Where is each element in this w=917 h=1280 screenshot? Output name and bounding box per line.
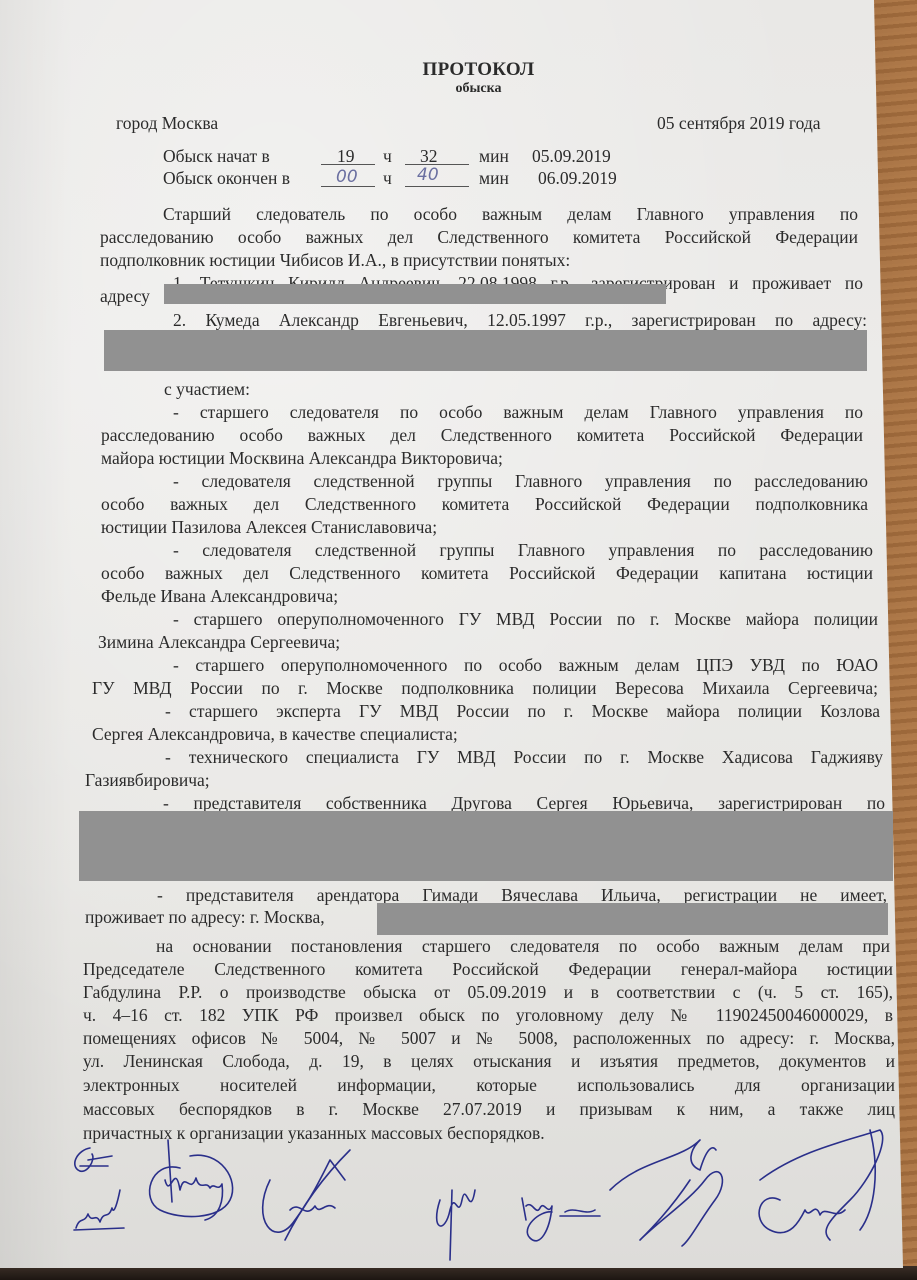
participant-line: расследованию особо важных дел Следствен… [101,424,863,446]
participant-line: Фельде Ивана Александровича; [101,585,338,607]
search-start-label: Обыск начат в [163,145,270,167]
participant-line: особо важных дел Следственного комитета … [101,562,873,584]
signature-icon [74,1148,124,1230]
hours-unit: ч [383,167,392,189]
signature-icon [522,1198,600,1241]
body-line: адресу [100,285,150,307]
participant-line: - старшего следователя по особо важным д… [173,401,863,423]
redacted-address [164,284,666,304]
basis-line: Габдулина Р.Р. о производстве обыска от … [83,981,893,1003]
redacted-address [104,330,867,371]
basis-line: электронных носителей информации, которы… [83,1074,895,1096]
participant-line: Сергея Александровича, в качестве специа… [92,723,458,745]
search-end-date: 06.09.2019 [538,167,617,189]
signature-icon [759,1130,883,1240]
witness-2: 2. Кумеда Александр Евгеньевич, 12.05.19… [173,309,867,331]
hours-unit: ч [383,145,392,167]
hours-underline [321,186,375,187]
redacted-address [79,811,893,881]
basis-line: ч. 4–16 ст. 182 УПК РФ произвел обыск по… [83,1004,893,1026]
basis-line: на основании постановления старшего след… [156,935,890,957]
signatures-area [0,1120,917,1270]
participant-line: - следователя следственной группы Главно… [173,539,873,561]
document-subtitle: обыска [0,78,917,100]
redacted-address [377,903,888,935]
participant-line: Зимина Александра Сергеевича; [98,631,340,653]
search-start-date: 05.09.2019 [532,145,611,167]
signature-icon [263,1150,350,1240]
participant-line: Газиявбировича; [85,769,210,791]
participant-line: майора юстиции Москвина Александра Викто… [101,447,503,469]
participant-line: - старшего оперуполномоченного ГУ МВД Ро… [173,608,878,630]
basis-line: ул. Ленинская Слобода, д. 19, в целях от… [83,1050,895,1072]
participant-line: - следователя следственной группы Главно… [173,470,868,492]
participant-line: - технического специалиста ГУ МВД России… [165,746,883,768]
signature-icon [610,1140,722,1246]
signature-icon [437,1190,475,1260]
minutes-unit: мин [479,145,509,167]
signature-icon [150,1140,233,1220]
participant-line: ГУ МВД России по г. Москве подполковника… [92,677,878,699]
city-label: город Москва [116,112,218,134]
body-line: Старший следователь по особо важным дела… [163,203,858,225]
participant-line: - старшего оперуполномоченного по особо … [173,654,878,676]
participant-line: - старшего эксперта ГУ МВД России по г. … [165,700,880,722]
minutes-underline [405,186,469,187]
hours-underline [321,164,375,165]
body-line: подполковник юстиции Чибисов И.А., в при… [100,249,570,271]
participant-line: особо важных дел Следственного комитета … [101,493,868,515]
basis-line: массовых беспорядков в г. Москве 27.07.2… [83,1098,895,1120]
participants-heading: с участием: [164,378,250,400]
basis-line: помещениях офисов № 5004, № 5007 и № 500… [83,1027,895,1049]
search-end-hours-handwritten: 00 [336,166,358,188]
search-end-minutes-handwritten: 40 [417,164,439,186]
participant-line: юстиции Пазилова Алексея Станиславовича; [101,516,437,538]
participant-line: проживает по адресу: г. Москва, [85,906,325,928]
basis-line: Председателе Следственного комитета Росс… [83,958,893,980]
body-line: расследованию особо важных дел Следствен… [100,226,858,248]
document-date: 05 сентября 2019 года [657,112,821,134]
search-end-label: Обыск окончен в [163,167,290,189]
minutes-unit: мин [479,167,509,189]
